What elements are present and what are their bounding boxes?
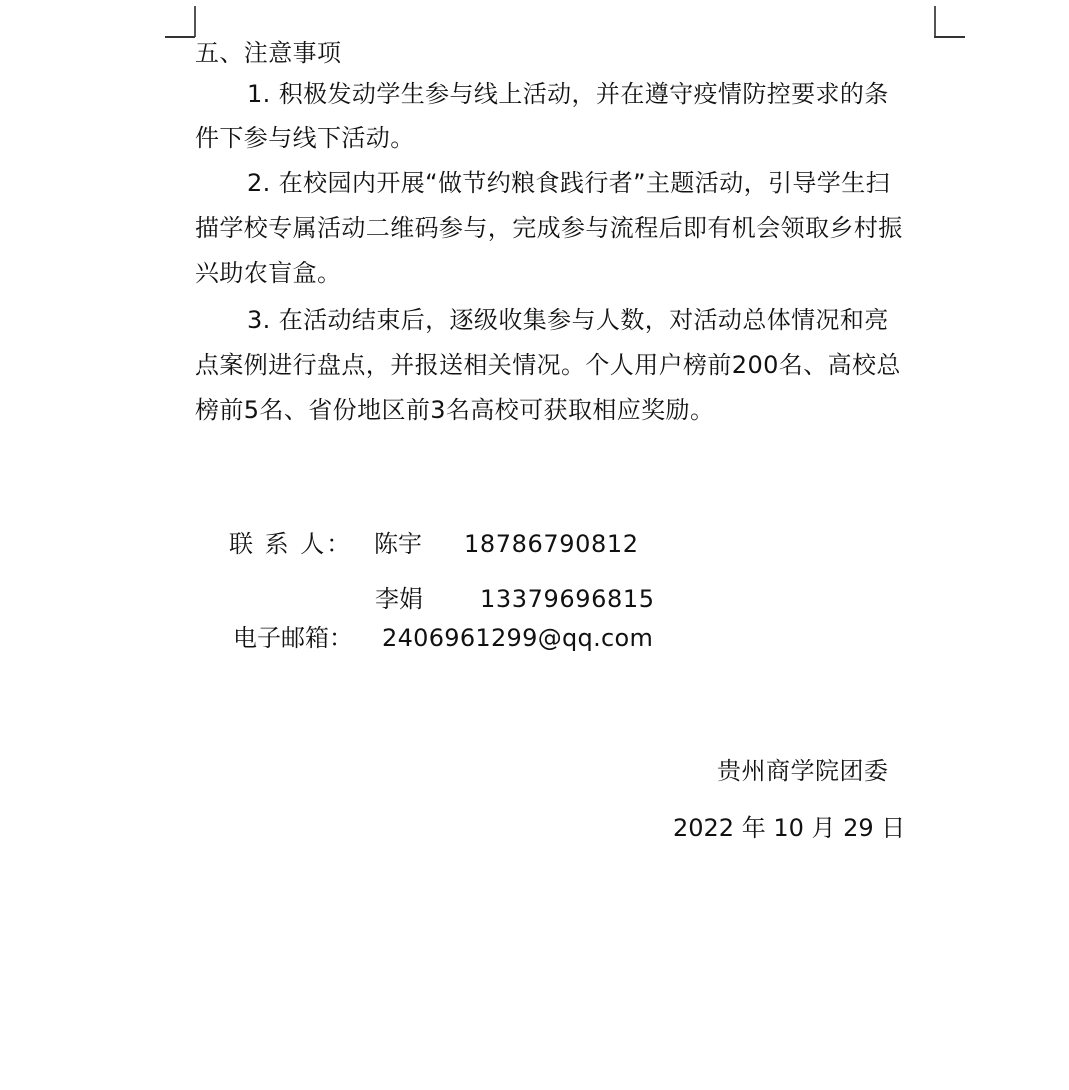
contact-name-2: 李娟 bbox=[375, 584, 423, 614]
signature-date: 2022 年 10 月 29 日 bbox=[673, 813, 905, 843]
email-address: 2406961299@qq.com bbox=[382, 623, 653, 653]
item-3-line-1: 3. 在活动结束后，逐级收集参与人数，对活动总体情况和亮 bbox=[247, 305, 889, 335]
contact-phone-2: 13379696815 bbox=[480, 584, 655, 614]
section-heading: 五、注意事项 bbox=[195, 38, 341, 68]
item-1-line-2: 件下参与线下活动。 bbox=[195, 123, 415, 153]
signature-organization: 贵州商学院团委 bbox=[717, 756, 889, 786]
item-3-line-2: 点案例进行盘点，并报送相关情况。个人用户榜前200名、高校总 bbox=[195, 350, 901, 380]
contact-label: 联 系 人： bbox=[229, 529, 352, 559]
email-label: 电子邮箱： bbox=[233, 623, 353, 653]
item-2-line-3: 兴助农盲盒。 bbox=[195, 258, 341, 288]
contact-name-1: 陈宇 bbox=[374, 529, 422, 559]
item-3-line-3: 榜前5名、省份地区前3名高校可获取相应奖励。 bbox=[195, 395, 714, 425]
item-1-line-1: 1. 积极发动学生参与线上活动，并在遵守疫情防控要求的条 bbox=[247, 79, 889, 109]
contact-phone-1: 18786790812 bbox=[464, 529, 639, 559]
item-2-line-2: 描学校专属活动二维码参与，完成参与流程后即有机会领取乡村振 bbox=[195, 213, 903, 243]
item-2-line-1: 2. 在校园内开展“做节约粮食践行者”主题活动，引导学生扫 bbox=[247, 168, 890, 198]
